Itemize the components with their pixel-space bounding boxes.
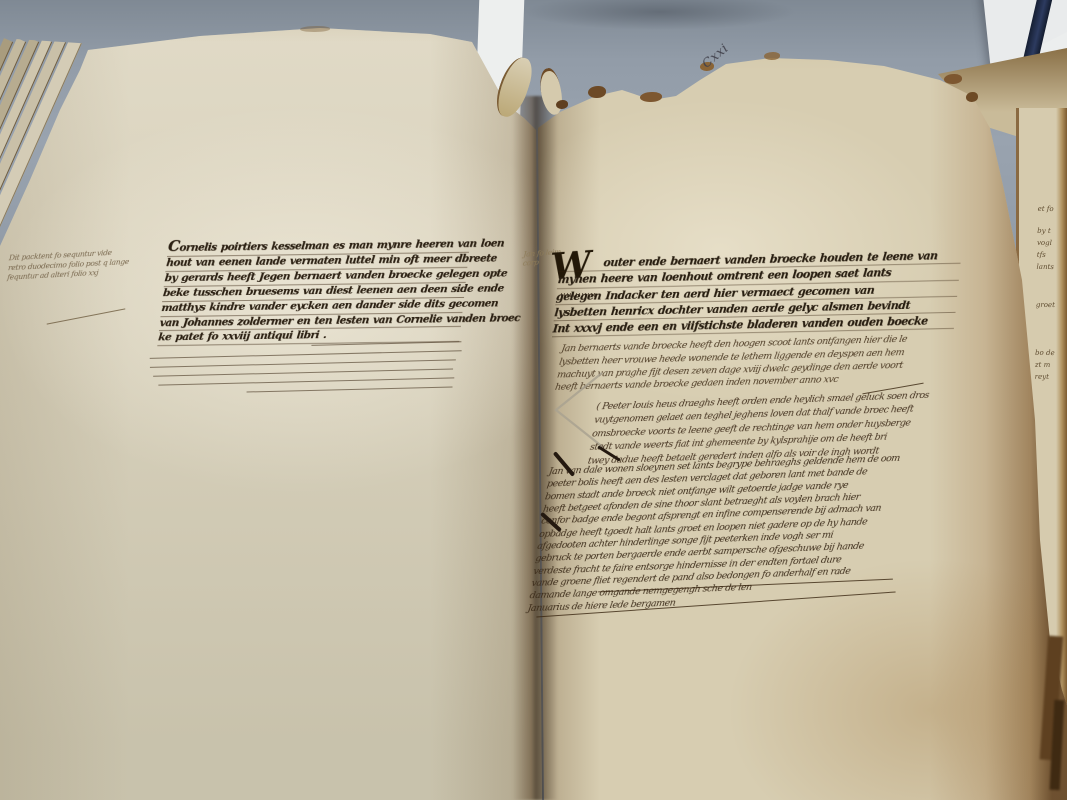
photo-of-open-manuscript: Dit packtent fo sequntur vide retro duod… — [0, 0, 1067, 800]
left-page-entry-text: Cornelis poirtiers kesselman es man mynr… — [157, 236, 471, 347]
ruled-line — [150, 359, 456, 367]
text-fragment: reyt — [1035, 373, 1067, 382]
empty-ruled-lines — [149, 341, 466, 395]
text-fragment: lants — [1037, 263, 1067, 272]
edge-damage-spot — [588, 86, 606, 98]
text-fragment: by t — [1037, 227, 1067, 236]
text-fragment: groet — [1036, 301, 1067, 310]
right-page-entry-text: outer ende bernaert vanden broecke houde… — [552, 248, 962, 338]
ruled-line — [150, 350, 462, 359]
text-fragment: bo de — [1035, 349, 1067, 358]
text-fragment: et fo — [1038, 205, 1067, 214]
edge-damage-spot — [300, 26, 330, 32]
edge-damage-spot — [764, 52, 780, 60]
ruled-line — [158, 377, 454, 385]
text-fragment: vogl — [1037, 239, 1067, 248]
text-fragment: tfs — [1037, 251, 1067, 260]
edge-damage-spot — [944, 74, 962, 84]
text-fragment: zt m — [1035, 361, 1067, 370]
edge-damage-spot — [556, 100, 568, 109]
edge-damage-spot — [640, 92, 662, 102]
edge-damage-spot — [966, 92, 978, 102]
ruled-line — [153, 368, 453, 376]
underlying-page-text-fragments: et fo by t vogl tfs lants groet bo de zt… — [1030, 205, 1067, 625]
